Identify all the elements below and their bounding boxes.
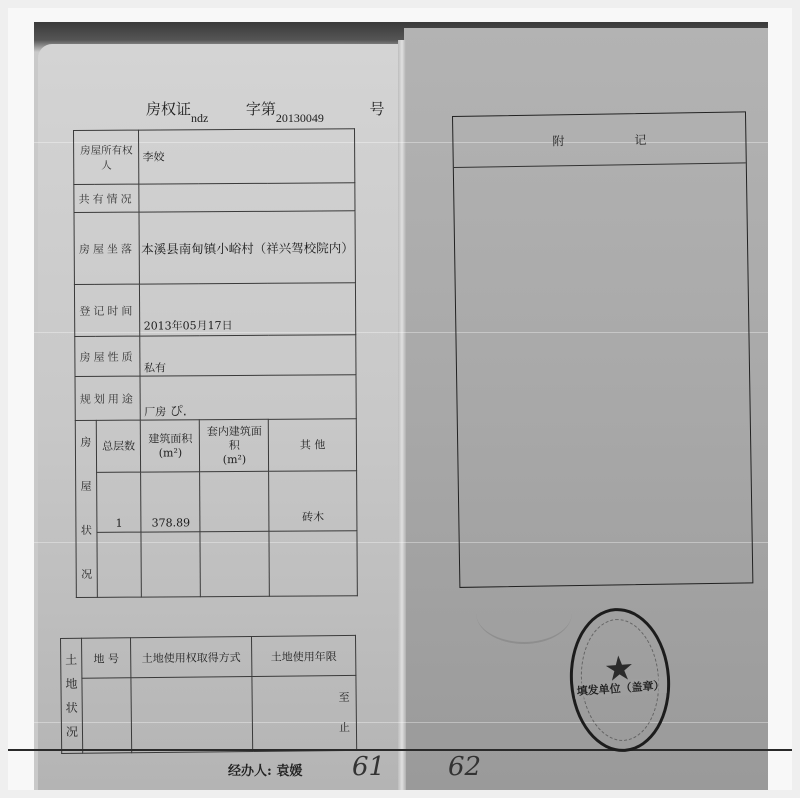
cell-other: 砖木: [269, 471, 357, 532]
planned-use-cell: 厂房 ぴ.: [140, 375, 356, 420]
title-mid: 字第: [246, 100, 276, 118]
col-lot-number: 地 号: [82, 638, 131, 679]
cell-building-area: 378.89: [141, 472, 200, 533]
page-number-right: 62: [448, 752, 481, 782]
table-row: 1 378.89 砖木: [76, 471, 357, 533]
col-acquisition-method: 土地使用权取得方式: [131, 636, 252, 677]
handler: 经办人: 袁媛: [228, 760, 302, 779]
owner-label: 房屋所有权人: [74, 130, 140, 184]
annex-header: 附 记: [453, 112, 746, 168]
table-row: [76, 531, 357, 597]
co-ownership-label: 共有情况: [74, 184, 140, 212]
property-form: 房屋所有权人 李姣 共有情况 房屋坐落 本溪县南甸镇小峪村（祥兴驾校院内） 登记…: [73, 128, 358, 598]
cell-lot-number: [82, 678, 132, 754]
cell-inner-area: [200, 471, 269, 532]
annex-title-left: 附: [552, 132, 564, 149]
land-status-table: 土 地 状 况 地 号 土地使用权取得方式 土地使用年限 至 止: [60, 635, 357, 754]
planned-use-handwritten: ぴ.: [170, 404, 187, 419]
property-nature-value: 私有: [140, 335, 356, 376]
house-status-label: 房 屋 状 况: [75, 420, 97, 597]
handler-name: 袁媛: [276, 764, 302, 779]
certificate-title: 房权证ndz 字第20130049 号: [146, 98, 385, 119]
property-nature-label: 房屋性质: [75, 336, 141, 376]
cell-land-term: 至 止: [252, 675, 357, 751]
title-prefix: 房权证: [146, 100, 191, 118]
handler-label: 经办人:: [228, 764, 272, 779]
registration-date-value: 2013年05月17日: [140, 283, 356, 336]
cell-acquisition-method: [131, 676, 253, 752]
location-label: 房屋坐落: [74, 212, 140, 284]
booklet-spine: [398, 40, 406, 790]
owner-value: 李姣: [139, 129, 355, 184]
faint-stamp-trace: [476, 582, 572, 644]
planned-use-label: 规划用途: [75, 376, 141, 420]
location-value: 本溪县南甸镇小峪村（祥兴驾校院内）: [139, 211, 355, 284]
annex-box: 附 记: [452, 111, 753, 588]
annex-title-right: 记: [634, 130, 646, 147]
planned-use-value: 厂房: [144, 405, 166, 418]
col-inner-area: 套内建筑面积 (m²): [200, 419, 269, 471]
title-suffix: 号: [369, 100, 384, 118]
col-total-floors: 总层数: [96, 420, 141, 472]
page-number-left: 61: [352, 752, 385, 782]
scan-divider-line: [8, 749, 792, 751]
region-code: ndz: [191, 111, 208, 125]
col-land-term: 土地使用年限: [251, 635, 355, 676]
col-other: 其 他: [269, 419, 357, 472]
col-building-area: 建筑面积 (m²): [141, 420, 200, 472]
certificate-number: 20130049: [276, 111, 324, 125]
co-ownership-value: [139, 183, 355, 212]
land-status-label: 土 地 状 况: [61, 638, 83, 753]
registration-date-label: 登记时间: [74, 284, 140, 336]
cell-total-floors: 1: [97, 472, 142, 533]
